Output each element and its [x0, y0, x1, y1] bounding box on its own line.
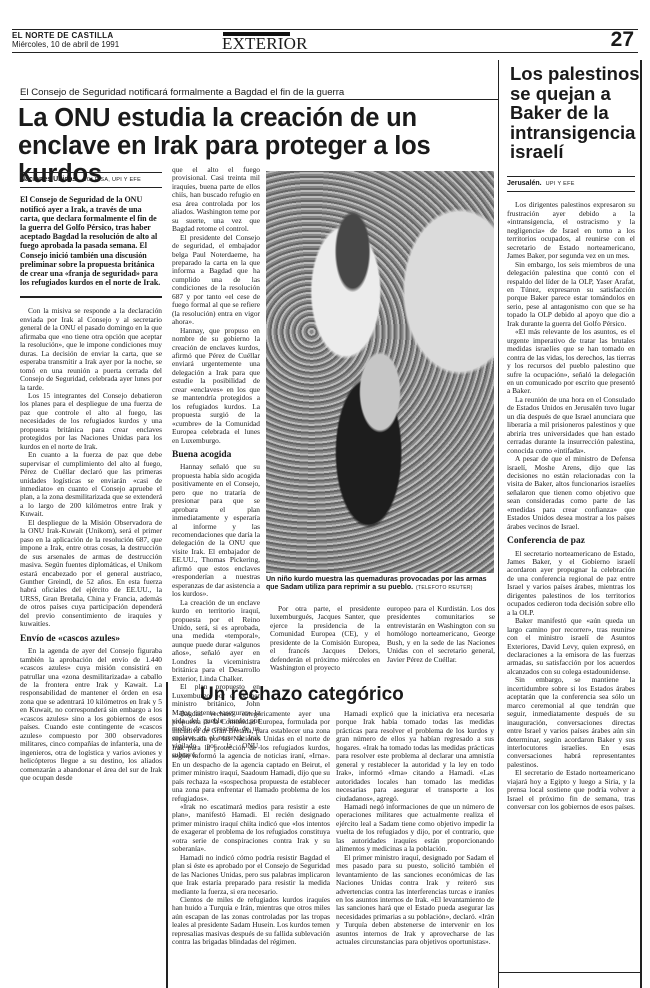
byline-agency: COLPISA, UPI Y EFE — [82, 177, 141, 183]
section-name: EXTERIOR — [222, 34, 308, 54]
publication-date: Miércoles, 10 de abril de 1991 — [12, 40, 119, 49]
paragraph: Con la misiva se responde a la declaraci… — [20, 307, 162, 392]
photo-kurdish-child — [266, 171, 494, 573]
byline-top-rule — [20, 172, 162, 173]
paragraph: Hannay, que propuso en nombre de su gobi… — [172, 327, 260, 445]
photo-caption: Un niño kurdo muestra las quemaduras pro… — [266, 576, 496, 592]
paragraph: El secretario norteamericano de Estado, … — [507, 550, 635, 618]
paragraph: Hamadi negó informaciones de que un núme… — [336, 803, 494, 854]
main-article-column-3: Por otra parte, el presidente luxemburgu… — [270, 605, 380, 673]
byline-bottom-rule — [507, 191, 635, 192]
bottom-rule — [498, 972, 642, 973]
second-article-headline: Un rechazo categórico — [200, 684, 404, 706]
paragraph: «El más relevante de los asuntos, es el … — [507, 328, 635, 396]
second-article-column-2: Hamadi explicó que la iniciativa era nec… — [336, 710, 494, 947]
paragraph: Cientos de miles de refugiados kurdos ir… — [172, 896, 330, 947]
byline-place: Jerusalén. — [507, 180, 542, 187]
lead-rule — [20, 296, 162, 298]
main-article-column-4: europeo para el Kurdistán. Los dos presi… — [387, 605, 495, 664]
paragraph: El primer ministro iraquí, designado por… — [336, 854, 494, 947]
masthead-top-rule — [12, 29, 498, 30]
paragraph: que el alto el fuego provisional. Casi t… — [172, 166, 260, 234]
article-lead: El Consejo de Seguridad de la ONU notifi… — [20, 195, 162, 287]
paragraph: europeo para el Kurdistán. Los dos presi… — [387, 605, 495, 664]
paragraph: Sin embargo, se mantiene la incertidumbr… — [507, 676, 635, 769]
side-article-body: Jerusalén.UPI Y EFE Los dirigentes pales… — [507, 176, 635, 812]
page-right-border — [640, 60, 642, 988]
side-article-headline: Los palestinos se quejan a Baker de la i… — [510, 64, 645, 162]
paragraph: En la agenda de ayer del Consejo figurab… — [20, 647, 162, 782]
paragraph: Los 15 integrantes del Consejo debatiero… — [20, 392, 162, 451]
kicker-rule — [20, 99, 498, 100]
paragraph: «Irak no escatimará medios para resistir… — [172, 803, 330, 854]
article-kicker: El Consejo de Seguridad notificará forma… — [20, 87, 344, 98]
paragraph: Por otra parte, el presidente luxemburgu… — [270, 605, 380, 673]
masthead-bottom-rule-right — [496, 52, 638, 53]
photo-credit: (TELEFOTO REUTER) — [416, 585, 473, 591]
paragraph: La reunión de una hora en el Consulado d… — [507, 396, 635, 455]
box-left-border — [166, 682, 168, 988]
paragraph: Hamadi explicó que la iniciativa era nec… — [336, 710, 494, 803]
paragraph: El despliegue de la Misión Observadora d… — [20, 519, 162, 629]
subheading: Envío de «cascos azules» — [20, 635, 162, 643]
paragraph: El presidente del Consejo de seguridad, … — [172, 234, 260, 327]
byline-place: Naciones Unidas. — [20, 176, 78, 183]
paragraph: La creación de un enclave kurdo en terri… — [172, 599, 260, 684]
column-divider — [498, 60, 499, 988]
main-article-column-2: que el alto el fuego provisional. Casi t… — [172, 166, 260, 759]
page-number: 27 — [611, 28, 634, 52]
paragraph: En cuanto a la fuerza de paz que debe su… — [20, 451, 162, 519]
paragraph: A pesar de que el ministro de Defensa is… — [507, 455, 635, 531]
paragraph: Bagdad rechazó categóricamente ayer una … — [172, 710, 330, 803]
byline: Naciones Unidas.COLPISA, UPI Y EFE — [20, 176, 162, 184]
main-article-column-1: Naciones Unidas.COLPISA, UPI Y EFE El Co… — [20, 172, 162, 782]
paragraph: Los dirigentes palestinos expresaron su … — [507, 201, 635, 260]
paragraph: Hannay señaló que su propuesta había sid… — [172, 463, 260, 598]
subheading: Conferencia de paz — [507, 537, 635, 545]
second-article-column-1: Bagdad rechazó categóricamente ayer una … — [172, 710, 330, 947]
paragraph: Sin embargo, los seis miembros de una de… — [507, 261, 635, 329]
paragraph: Hamadi no indicó cómo podría resistir Ba… — [172, 854, 330, 896]
paragraph: Baker manifestó que «aún queda un largo … — [507, 617, 635, 676]
paragraph: El secretario de Estado norteamericano v… — [507, 769, 635, 811]
newspaper-name: EL NORTE DE CASTILLA — [12, 31, 113, 40]
byline-agency: UPI Y EFE — [546, 181, 575, 187]
byline-top-rule — [507, 176, 635, 177]
subheading: Buena acogida — [172, 451, 260, 459]
byline-bottom-rule — [20, 187, 162, 188]
byline: Jerusalén.UPI Y EFE — [507, 180, 635, 188]
